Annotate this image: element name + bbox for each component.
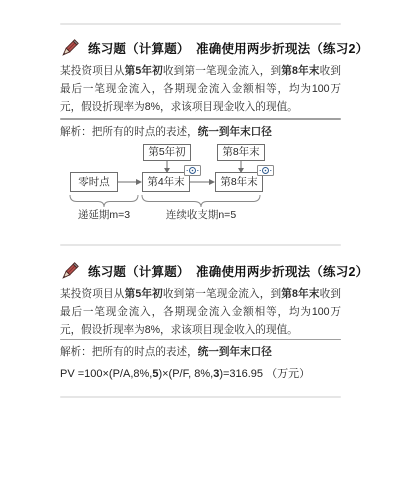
diagram-box-year8-end: 第8年末 <box>215 172 263 192</box>
right-arrow-2 <box>190 179 215 185</box>
card-1-title: 练习题（计算题） 准确使用两步折现法（练习2） <box>88 39 368 57</box>
label-annuity-period: 连续收支期n=5 <box>161 207 241 222</box>
banknote-icon <box>184 165 201 176</box>
bottom-divider <box>60 396 341 398</box>
diagram-box-time-zero: 零时点 <box>70 172 118 192</box>
diagram-box-year4-end: 第4年末 <box>142 172 190 192</box>
study-note-page: 练习题（计算题） 准确使用两步折现法（练习2） 某投资项目从第5年初收到第一笔现… <box>60 23 341 398</box>
pencil-icon <box>60 261 80 281</box>
card-1-analysis-divider <box>60 118 341 120</box>
diagram-box-year5-begin: 第5年初 <box>143 144 191 161</box>
brace-annuity-period <box>142 195 260 207</box>
pv-formula: PV =100×(P/A,8%,5)×(P/F, 8%,3)=316.95 （万… <box>60 367 341 382</box>
card-2-problem-text: 某投资项目从第5年初收到第一笔现金流入，到第8年末收到最后一笔现金流入，各期现金… <box>60 285 341 339</box>
card-2-analysis-text: 解析：把所有的时点的表述，统一到年末口径 <box>60 345 341 359</box>
right-arrow-1 <box>118 179 142 185</box>
card-2-analysis-divider <box>60 339 341 341</box>
card-1-header: 练习题（计算题） 准确使用两步折现法（练习2） <box>60 38 341 58</box>
pencil-icon <box>60 38 80 58</box>
card-1-analysis-text: 解析：把所有的时点的表述，统一到年末口径 <box>60 125 341 139</box>
card-separator-divider <box>60 244 341 246</box>
diagram-box-year8-end-top: 第8年末 <box>217 144 265 161</box>
card-1-problem-text: 某投资项目从第5年初收到第一笔现金流入，到第8年末收到最后一笔现金流入，各期现金… <box>60 62 341 116</box>
top-divider <box>60 23 341 25</box>
card-2-header: 练习题（计算题） 准确使用两步折现法（练习2） <box>60 261 341 281</box>
banknote-icon <box>257 165 274 176</box>
label-deferral-period: 递延期m=3 <box>64 207 144 222</box>
card-2-title: 练习题（计算题） 准确使用两步折现法（练习2） <box>88 262 368 280</box>
brace-deferral-period <box>70 195 138 207</box>
timeline-diagram: 第5年初 第8年末 零时点 第4年末 第8年末 递延期m=3 连续收支期n=5 <box>60 144 341 226</box>
exercise-card-2: 练习题（计算题） 准确使用两步折现法（练习2） 某投资项目从第5年初收到第一笔现… <box>60 261 341 383</box>
exercise-card-1: 练习题（计算题） 准确使用两步折现法（练习2） 某投资项目从第5年初收到第一笔现… <box>60 38 341 226</box>
